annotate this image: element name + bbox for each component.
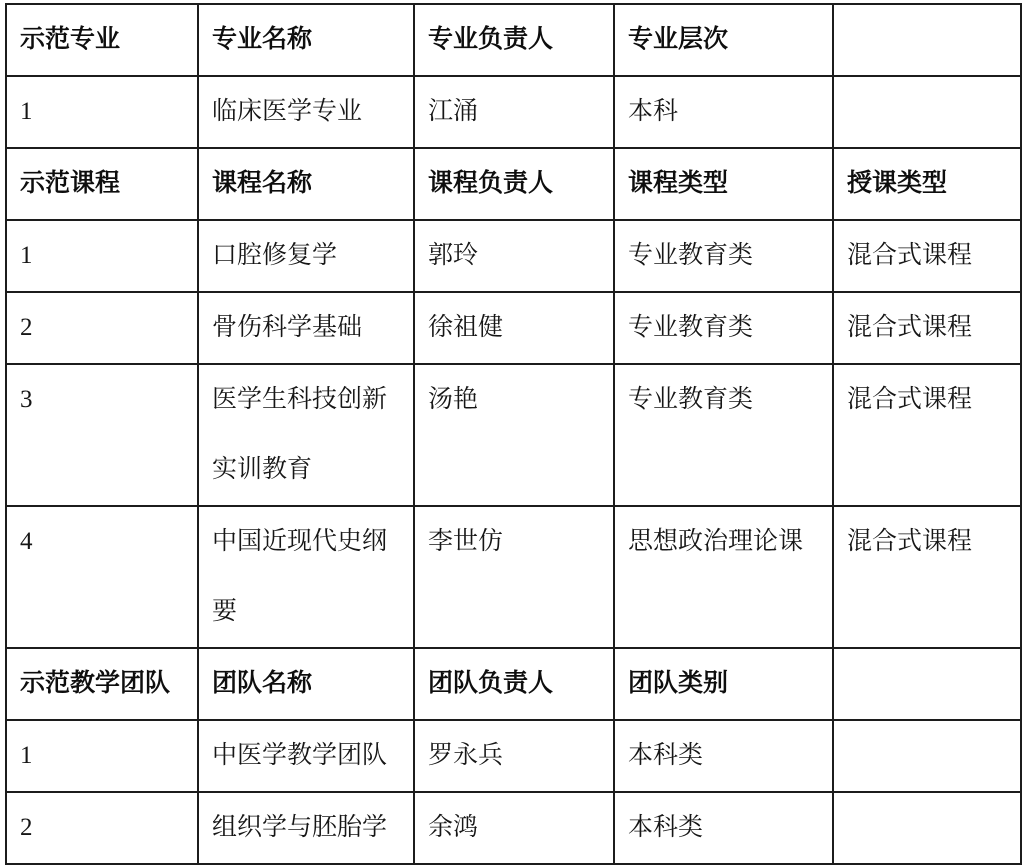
table-cell: 专业教育类 <box>614 292 833 364</box>
empty-cell <box>833 4 1021 76</box>
table-cell: 混合式课程 <box>833 364 1021 506</box>
row-number-cell: 1 <box>6 76 198 148</box>
section-header-row: 示范课程 课程名称 课程负责人 课程类型 授课类型 <box>6 148 1021 220</box>
table-cell: 混合式课程 <box>833 506 1021 648</box>
table-cell: 专业教育类 <box>614 220 833 292</box>
section-header-cell: 示范课程 <box>6 148 198 220</box>
empty-cell <box>833 648 1021 720</box>
table-cell: 中国近现代史纲要 <box>198 506 414 648</box>
column-header-cell: 课程名称 <box>198 148 414 220</box>
section-header-row: 示范教学团队 团队名称 团队负责人 团队类别 <box>6 648 1021 720</box>
table-row: 4 中国近现代史纲要 李世仿 思想政治理论课 混合式课程 <box>6 506 1021 648</box>
document-table: 示范专业 专业名称 专业负责人 专业层次 1 临床医学专业 江涌 本科 示范课程… <box>5 3 1022 865</box>
column-header-cell: 授课类型 <box>833 148 1021 220</box>
table-cell: 组织学与胚胎学 <box>198 792 414 864</box>
table-row: 1 临床医学专业 江涌 本科 <box>6 76 1021 148</box>
row-number-cell: 1 <box>6 720 198 792</box>
table-row: 3 医学生科技创新实训教育 汤艳 专业教育类 混合式课程 <box>6 364 1021 506</box>
column-header-cell: 团队类别 <box>614 648 833 720</box>
column-header-cell: 团队负责人 <box>414 648 614 720</box>
column-header-cell: 课程负责人 <box>414 148 614 220</box>
row-number-cell: 3 <box>6 364 198 506</box>
table-row: 1 口腔修复学 郭玲 专业教育类 混合式课程 <box>6 220 1021 292</box>
column-header-cell: 专业负责人 <box>414 4 614 76</box>
section-header-cell: 示范专业 <box>6 4 198 76</box>
table-cell: 骨伤科学基础 <box>198 292 414 364</box>
column-header-cell: 专业名称 <box>198 4 414 76</box>
empty-cell <box>833 792 1021 864</box>
table-cell: 本科 <box>614 76 833 148</box>
row-number-cell: 1 <box>6 220 198 292</box>
table-cell: 临床医学专业 <box>198 76 414 148</box>
column-header-cell: 专业层次 <box>614 4 833 76</box>
table-cell: 混合式课程 <box>833 220 1021 292</box>
table-row: 2 骨伤科学基础 徐祖健 专业教育类 混合式课程 <box>6 292 1021 364</box>
table-row: 1 中医学教学团队 罗永兵 本科类 <box>6 720 1021 792</box>
table-cell: 江涌 <box>414 76 614 148</box>
table-cell: 口腔修复学 <box>198 220 414 292</box>
table-row: 2 组织学与胚胎学 余鸿 本科类 <box>6 792 1021 864</box>
table-cell: 本科类 <box>614 720 833 792</box>
table-cell: 专业教育类 <box>614 364 833 506</box>
table-cell: 思想政治理论课 <box>614 506 833 648</box>
column-header-cell: 团队名称 <box>198 648 414 720</box>
table-cell: 郭玲 <box>414 220 614 292</box>
document-page: 示范专业 专业名称 专业负责人 专业层次 1 临床医学专业 江涌 本科 示范课程… <box>0 0 1024 866</box>
row-number-cell: 2 <box>6 292 198 364</box>
section-header-row: 示范专业 专业名称 专业负责人 专业层次 <box>6 4 1021 76</box>
table-cell: 余鸿 <box>414 792 614 864</box>
table-cell: 医学生科技创新实训教育 <box>198 364 414 506</box>
section-header-cell: 示范教学团队 <box>6 648 198 720</box>
table-cell: 李世仿 <box>414 506 614 648</box>
table-cell: 本科类 <box>614 792 833 864</box>
table-cell: 中医学教学团队 <box>198 720 414 792</box>
row-number-cell: 2 <box>6 792 198 864</box>
table-cell: 徐祖健 <box>414 292 614 364</box>
table-cell: 汤艳 <box>414 364 614 506</box>
empty-cell <box>833 720 1021 792</box>
table-cell: 罗永兵 <box>414 720 614 792</box>
empty-cell <box>833 76 1021 148</box>
column-header-cell: 课程类型 <box>614 148 833 220</box>
row-number-cell: 4 <box>6 506 198 648</box>
table-cell: 混合式课程 <box>833 292 1021 364</box>
